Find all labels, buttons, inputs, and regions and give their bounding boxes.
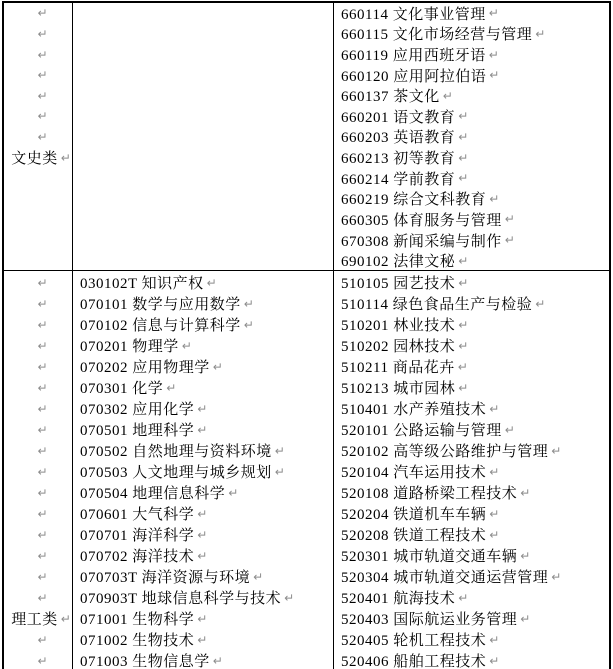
cell-text: 文史类 [11, 147, 58, 168]
paragraph-return-icon: ↵ [520, 612, 530, 626]
paragraph-return-icon: ↵ [37, 528, 47, 542]
cell-text: 660137 茶文化 [341, 85, 440, 106]
paragraph-return-icon: ↵ [37, 591, 47, 605]
major-row: 070503 人文地理与城乡规划↵ [74, 461, 333, 482]
cell-text: 071003 生物信息学 [80, 650, 210, 669]
cell-text: 510201 林业技术 [341, 314, 455, 335]
paragraph-return-icon: ↵ [37, 423, 47, 437]
paragraph-return-icon: ↵ [284, 591, 294, 605]
paragraph-return-icon: ↵ [37, 130, 47, 144]
paragraph-return-icon: ↵ [37, 549, 47, 563]
paragraph-return-icon: ↵ [207, 276, 217, 290]
cell-text: 070702 海洋技术 [80, 545, 194, 566]
paragraph-return-icon: ↵ [244, 318, 254, 332]
major-row: 520403 国际航运业务管理↵ [335, 608, 609, 629]
paragraph-return-icon: ↵ [489, 633, 499, 647]
major-row: 520406 船舶工程技术↵ [335, 650, 609, 669]
cell-text: 070302 应用化学 [80, 398, 194, 419]
major-row: 510213 城市园林↵ [335, 377, 609, 398]
cell-text: 510105 园艺技术 [341, 272, 455, 293]
major-row: 690102 法律文秘↵ [335, 250, 609, 270]
paragraph-return-icon: ↵ [37, 276, 47, 290]
empty-paragraph-line: ↵ [4, 314, 72, 335]
empty-paragraph-line: ↵ [4, 3, 72, 24]
empty-paragraph-line: ↵ [4, 398, 72, 419]
undergrad-major-cell-ligong: 030102T 知识产权↵070101 数学与应用数学↵070102 信息与计算… [74, 272, 333, 669]
paragraph-return-icon: ↵ [37, 633, 47, 647]
table-border-col2 [333, 1, 334, 669]
empty-paragraph-line: ↵ [4, 44, 72, 65]
major-row: 070201 物理学↵ [74, 335, 333, 356]
empty-paragraph-line: ↵ [4, 65, 72, 86]
major-row: 070302 应用化学↵ [74, 398, 333, 419]
paragraph-return-icon: ↵ [551, 444, 561, 458]
cell-text: 520208 铁道工程技术 [341, 524, 486, 545]
cell-text: 030102T 知识产权 [80, 272, 204, 293]
cell-text: 071002 生物技术 [80, 629, 194, 650]
major-row: 520401 航海技术↵ [335, 587, 609, 608]
paragraph-return-icon: ↵ [489, 654, 499, 668]
major-row: 520102 高等级公路维护与管理↵ [335, 440, 609, 461]
paragraph-return-icon: ↵ [197, 633, 207, 647]
undergrad-major-cell-wenshi [74, 3, 333, 270]
major-row: 510202 园林技术↵ [335, 335, 609, 356]
paragraph-return-icon: ↵ [182, 339, 192, 353]
major-row: 520104 汽车运用技术↵ [335, 461, 609, 482]
cell-text: 660214 学前教育 [341, 168, 455, 189]
cell-text: 070201 物理学 [80, 335, 179, 356]
paragraph-return-icon: ↵ [520, 486, 530, 500]
empty-paragraph-line: ↵ [4, 24, 72, 45]
empty-paragraph-line: ↵ [4, 503, 72, 524]
cell-text: 070503 人文地理与城乡规划 [80, 461, 272, 482]
cell-text: 520104 汽车运用技术 [341, 461, 486, 482]
blank-line [4, 250, 72, 270]
paragraph-return-icon: ↵ [458, 318, 468, 332]
cell-text: 520204 铁道机车车辆 [341, 503, 486, 524]
major-row: 071003 生物信息学↵ [74, 650, 333, 669]
major-row: 510401 水产养殖技术↵ [335, 398, 609, 419]
paragraph-return-icon: ↵ [505, 212, 515, 226]
major-row: 071001 生物科学↵ [74, 608, 333, 629]
cell-text: 520405 轮机工程技术 [341, 629, 486, 650]
cell-text: 520401 航海技术 [341, 587, 455, 608]
blank-line [4, 230, 72, 251]
major-row: 510114 绿色食品生产与检验↵ [335, 293, 609, 314]
paragraph-return-icon: ↵ [197, 528, 207, 542]
major-row: 660219 综合文科教育↵ [335, 188, 609, 209]
major-row: 520101 公路运输与管理↵ [335, 419, 609, 440]
cell-text: 660120 应用阿拉伯语 [341, 65, 486, 86]
paragraph-return-icon: ↵ [489, 48, 499, 62]
major-row: 660119 应用西班牙语↵ [335, 44, 609, 65]
empty-paragraph-line: ↵ [4, 545, 72, 566]
major-row: 520301 城市轨道交通车辆↵ [335, 545, 609, 566]
major-row: 660115 文化市场经营与管理↵ [335, 24, 609, 45]
paragraph-return-icon: ↵ [37, 68, 47, 82]
paragraph-return-icon: ↵ [37, 297, 47, 311]
paragraph-return-icon: ↵ [458, 151, 468, 165]
cell-text: 660114 文化事业管理 [341, 3, 486, 24]
cell-text: 070202 应用物理学 [80, 356, 210, 377]
paragraph-return-icon: ↵ [37, 402, 47, 416]
cell-text: 520101 公路运输与管理 [341, 419, 502, 440]
major-row: 070502 自然地理与资料环境↵ [74, 440, 333, 461]
blank-line [4, 168, 72, 189]
cell-text: 510202 园林技术 [341, 335, 455, 356]
paragraph-return-icon: ↵ [489, 68, 499, 82]
paragraph-return-icon: ↵ [37, 507, 47, 521]
major-row: 660120 应用阿拉伯语↵ [335, 65, 609, 86]
empty-paragraph-line: ↵ [4, 461, 72, 482]
paragraph-return-icon: ↵ [551, 570, 561, 584]
paragraph-return-icon: ↵ [37, 654, 47, 668]
cell-text: 070504 地理信息科学 [80, 482, 225, 503]
major-row: 510211 商品花卉↵ [335, 356, 609, 377]
paragraph-return-icon: ↵ [458, 339, 468, 353]
paragraph-return-icon: ↵ [61, 151, 71, 165]
cell-text: 510114 绿色食品生产与检验 [341, 293, 532, 314]
cell-text: 520301 城市轨道交通车辆 [341, 545, 517, 566]
major-row: 070202 应用物理学↵ [74, 356, 333, 377]
paragraph-return-icon: ↵ [197, 612, 207, 626]
cell-text: 070703T 海洋资源与环境 [80, 566, 250, 587]
major-row: 670308 新闻采编与制作↵ [335, 230, 609, 251]
major-row: 070101 数学与应用数学↵ [74, 293, 333, 314]
paragraph-return-icon: ↵ [489, 402, 499, 416]
major-row: 660305 体育服务与管理↵ [335, 209, 609, 230]
paragraph-return-icon: ↵ [37, 381, 47, 395]
major-row: 070702 海洋技术↵ [74, 545, 333, 566]
major-row: 070601 大气科学↵ [74, 503, 333, 524]
paragraph-return-icon: ↵ [37, 339, 47, 353]
cell-text: 070502 自然地理与资料环境 [80, 440, 272, 461]
major-row: 070301 化学↵ [74, 377, 333, 398]
college-major-cell-wenshi: 660114 文化事业管理↵660115 文化市场经营与管理↵660119 应用… [335, 3, 609, 270]
paragraph-return-icon: ↵ [275, 465, 285, 479]
paragraph-return-icon: ↵ [244, 297, 254, 311]
major-row: 660137 茶文化↵ [335, 85, 609, 106]
paragraph-return-icon: ↵ [37, 89, 47, 103]
cell-text: 520304 城市轨道交通运营管理 [341, 566, 548, 587]
category-cell-line: 理工类↵ [4, 608, 72, 629]
paragraph-return-icon: ↵ [213, 360, 223, 374]
major-row: 070701 海洋科学↵ [74, 524, 333, 545]
major-row: 070703T 海洋资源与环境↵ [74, 566, 333, 587]
empty-paragraph-line: ↵ [4, 335, 72, 356]
table-border-section-divider [2, 270, 611, 271]
paragraph-return-icon: ↵ [458, 276, 468, 290]
table-border-right [609, 1, 611, 669]
category-cell-ligong: ↵↵↵↵↵↵↵↵↵↵↵↵↵↵↵↵理工类↵↵↵ [4, 272, 72, 669]
paragraph-return-icon: ↵ [197, 402, 207, 416]
empty-paragraph-line: ↵ [4, 482, 72, 503]
cell-text: 071001 生物科学 [80, 608, 194, 629]
paragraph-return-icon: ↵ [489, 465, 499, 479]
paragraph-return-icon: ↵ [213, 654, 223, 668]
paragraph-return-icon: ↵ [458, 130, 468, 144]
paragraph-return-icon: ↵ [197, 423, 207, 437]
paragraph-return-icon: ↵ [458, 381, 468, 395]
cell-text: 520406 船舶工程技术 [341, 650, 486, 669]
paragraph-return-icon: ↵ [275, 444, 285, 458]
paragraph-return-icon: ↵ [37, 318, 47, 332]
major-row: 070903T 地球信息科学与技术↵ [74, 587, 333, 608]
empty-paragraph-line: ↵ [4, 629, 72, 650]
cell-text: 660119 应用西班牙语 [341, 44, 486, 65]
major-row: 510105 园艺技术↵ [335, 272, 609, 293]
paragraph-return-icon: ↵ [37, 570, 47, 584]
paragraph-return-icon: ↵ [535, 27, 545, 41]
cell-text: 660115 文化市场经营与管理 [341, 23, 532, 44]
cell-text: 070601 大气科学 [80, 503, 194, 524]
cell-text: 520403 国际航运业务管理 [341, 608, 517, 629]
empty-paragraph-line: ↵ [4, 356, 72, 377]
empty-paragraph-line: ↵ [4, 293, 72, 314]
college-major-cell-ligong: 510105 园艺技术↵510114 绿色食品生产与检验↵510201 林业技术… [335, 272, 609, 669]
category-cell-wenshi: ↵↵↵↵↵↵↵文史类↵ [4, 3, 72, 270]
paragraph-return-icon: ↵ [37, 27, 47, 41]
paragraph-return-icon: ↵ [520, 549, 530, 563]
cell-text: 660201 语文教育 [341, 106, 455, 127]
paragraph-return-icon: ↵ [458, 591, 468, 605]
cell-text: 510401 水产养殖技术 [341, 398, 486, 419]
major-row: 660213 初等教育↵ [335, 147, 609, 168]
major-row: 071002 生物技术↵ [74, 629, 333, 650]
cell-text: 520102 高等级公路维护与管理 [341, 440, 548, 461]
cell-text: 理工类 [11, 608, 58, 629]
paragraph-return-icon: ↵ [458, 360, 468, 374]
paragraph-return-icon: ↵ [228, 486, 238, 500]
cell-text: 660203 英语教育 [341, 126, 455, 147]
empty-paragraph-line: ↵ [4, 106, 72, 127]
cell-text: 070101 数学与应用数学 [80, 293, 241, 314]
empty-paragraph-line: ↵ [4, 85, 72, 106]
major-row: 660203 英语教育↵ [335, 127, 609, 148]
major-row: 660201 语文教育↵ [335, 106, 609, 127]
major-row: 070504 地理信息科学↵ [74, 482, 333, 503]
paragraph-return-icon: ↵ [61, 612, 71, 626]
paragraph-return-icon: ↵ [37, 6, 47, 20]
table-border-col1 [72, 1, 73, 669]
major-row: 030102T 知识产权↵ [74, 272, 333, 293]
cell-text: 670308 新闻采编与制作 [341, 230, 502, 251]
cell-text: 660305 体育服务与管理 [341, 209, 502, 230]
empty-paragraph-line: ↵ [4, 524, 72, 545]
paragraph-return-icon: ↵ [505, 423, 515, 437]
paragraph-return-icon: ↵ [37, 465, 47, 479]
major-row: 660214 学前教育↵ [335, 168, 609, 189]
cell-text: 690102 法律文秘 [341, 250, 455, 270]
empty-paragraph-line: ↵ [4, 440, 72, 461]
paragraph-return-icon: ↵ [489, 528, 499, 542]
major-row: 070501 地理科学↵ [74, 419, 333, 440]
paragraph-return-icon: ↵ [535, 297, 545, 311]
empty-paragraph-line: ↵ [4, 650, 72, 669]
major-row: 520204 铁道机车车辆↵ [335, 503, 609, 524]
empty-paragraph-line: ↵ [4, 272, 72, 293]
paragraph-return-icon: ↵ [443, 89, 453, 103]
paragraph-return-icon: ↵ [489, 507, 499, 521]
empty-paragraph-line: ↵ [4, 419, 72, 440]
major-row: 660114 文化事业管理↵ [335, 3, 609, 24]
blank-line [4, 188, 72, 209]
paragraph-return-icon: ↵ [166, 381, 176, 395]
empty-paragraph-line: ↵ [4, 587, 72, 608]
major-row: 510201 林业技术↵ [335, 314, 609, 335]
paragraph-return-icon: ↵ [489, 6, 499, 20]
paragraph-return-icon: ↵ [458, 171, 468, 185]
paragraph-return-icon: ↵ [505, 233, 515, 247]
major-row: 520208 铁道工程技术↵ [335, 524, 609, 545]
paragraph-return-icon: ↵ [253, 570, 263, 584]
empty-paragraph-line: ↵ [4, 127, 72, 148]
major-codes-table-page: ↵↵↵↵↵↵↵文史类↵ 660114 文化事业管理↵660115 文化市场经营与… [0, 0, 613, 669]
major-row: 520405 轮机工程技术↵ [335, 629, 609, 650]
paragraph-return-icon: ↵ [489, 192, 499, 206]
cell-text: 660213 初等教育 [341, 147, 455, 168]
major-row: 520304 城市轨道交通运营管理↵ [335, 566, 609, 587]
cell-text: 070301 化学 [80, 377, 163, 398]
paragraph-return-icon: ↵ [197, 507, 207, 521]
empty-paragraph-line: ↵ [4, 566, 72, 587]
paragraph-return-icon: ↵ [37, 486, 47, 500]
cell-text: 660219 综合文科教育 [341, 188, 486, 209]
cell-text: 070102 信息与计算科学 [80, 314, 241, 335]
paragraph-return-icon: ↵ [37, 48, 47, 62]
paragraph-return-icon: ↵ [197, 549, 207, 563]
major-row: 520108 道路桥梁工程技术↵ [335, 482, 609, 503]
cell-text: 070903T 地球信息科学与技术 [80, 587, 281, 608]
paragraph-return-icon: ↵ [37, 360, 47, 374]
cell-text: 510213 城市园林 [341, 377, 455, 398]
empty-paragraph-line: ↵ [4, 377, 72, 398]
major-row: 070102 信息与计算科学↵ [74, 314, 333, 335]
paragraph-return-icon: ↵ [458, 109, 468, 123]
category-cell-line: 文史类↵ [4, 147, 72, 168]
paragraph-return-icon: ↵ [37, 109, 47, 123]
paragraph-return-icon: ↵ [37, 444, 47, 458]
paragraph-return-icon: ↵ [458, 254, 468, 268]
cell-text: 510211 商品花卉 [341, 356, 455, 377]
cell-text: 070701 海洋科学 [80, 524, 194, 545]
cell-text: 070501 地理科学 [80, 419, 194, 440]
blank-line [4, 209, 72, 230]
cell-text: 520108 道路桥梁工程技术 [341, 482, 517, 503]
